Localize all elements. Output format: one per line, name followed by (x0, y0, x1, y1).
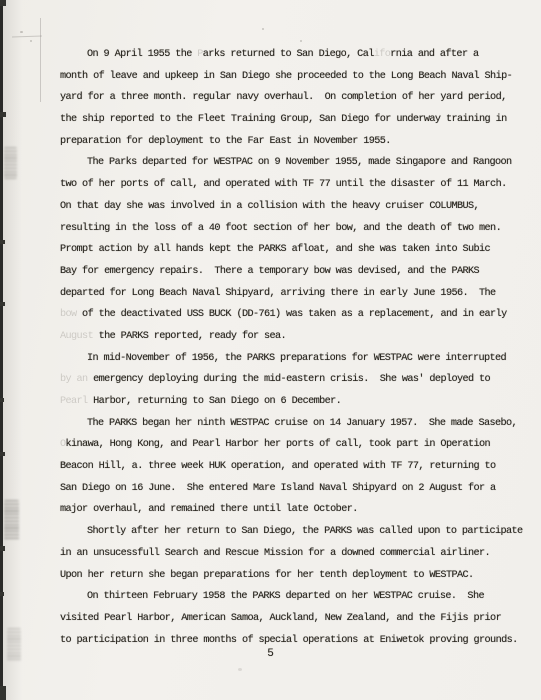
text-line: Shortly after her return to San Diego, t… (60, 521, 522, 543)
edge-tick (0, 398, 4, 402)
text-line: visited Pearl Harbor, American Samoa, Au… (60, 608, 522, 630)
text-line: resulting in the loss of a 40 foot secti… (60, 218, 522, 240)
text-line: On thirteen February 1958 the PARKS depa… (60, 586, 522, 608)
edge-tick (0, 452, 5, 456)
text-line: bow of the deactivated USS BUCK (DD-761)… (60, 304, 522, 326)
text-line: Upon her return she began preparations f… (60, 565, 522, 587)
text-line: major overhaul, and remained there until… (60, 499, 522, 521)
paper-speck (262, 28, 264, 30)
text-line: Pearl Harbor, returning to San Diego on … (60, 391, 522, 413)
text-line: On that day she was involved in a collis… (60, 196, 522, 218)
edge-tick (0, 592, 4, 596)
paper-speck (300, 40, 302, 42)
scanned-document-page: On 9 April 1955 the Parks returned to Sa… (0, 0, 541, 700)
text-line: On 9 April 1955 the Parks returned to Sa… (60, 44, 522, 66)
text-line: San Diego on 16 June. She entered Mare I… (60, 478, 522, 500)
text-line: the ship reported to the Fleet Training … (60, 109, 522, 131)
text-line: in an unsucessfull Search and Rescue Mis… (60, 543, 522, 565)
text-line: preparation for deployment to the Far Ea… (60, 131, 522, 153)
page-number: 5 (0, 646, 541, 662)
text-line: departed for Long Beach Naval Shipyard, … (60, 283, 522, 305)
edge-tick (0, 112, 6, 117)
text-line: two of her ports of call, and operated w… (60, 174, 522, 196)
text-line: yard for a three month. regular navy ove… (60, 87, 522, 109)
ink-smudge (4, 500, 19, 540)
text-line: The Parks departed for WESTPAC on 9 Nove… (60, 152, 522, 174)
text-line: by an emergency deploying during the mid… (60, 369, 522, 391)
paper-speck (30, 40, 32, 42)
paper-speck (238, 668, 242, 671)
text-line: Bay for emergency repairs. There a tempo… (60, 261, 522, 283)
paper-speck (20, 31, 23, 33)
text-line: The PARKS began her ninth WESTPAC cruise… (60, 413, 522, 435)
text-line: Okinawa, Hong Kong, and Pearl Harbor her… (60, 434, 522, 456)
text-line: August the PARKS reported, ready for sea… (60, 326, 522, 348)
pencil-mark (40, 18, 41, 102)
text-line: month of leave and upkeep in San Diego s… (60, 66, 522, 88)
edge-tick (0, 0, 6, 6)
text-line: Beacon Hill, a. three week HUK operation… (60, 456, 522, 478)
text-line: In mid-November of 1956, the PARKS prepa… (60, 348, 522, 370)
ink-smudge (4, 147, 17, 179)
edge-tick (0, 686, 6, 700)
text-line: Prompt action by all hands kept the PARK… (60, 239, 522, 261)
edge-tick (0, 302, 5, 306)
document-body: On 9 April 1955 the Parks returned to Sa… (60, 44, 522, 651)
edge-tick (0, 546, 5, 551)
pencil-mark (12, 35, 42, 37)
edge-tick (0, 240, 5, 244)
